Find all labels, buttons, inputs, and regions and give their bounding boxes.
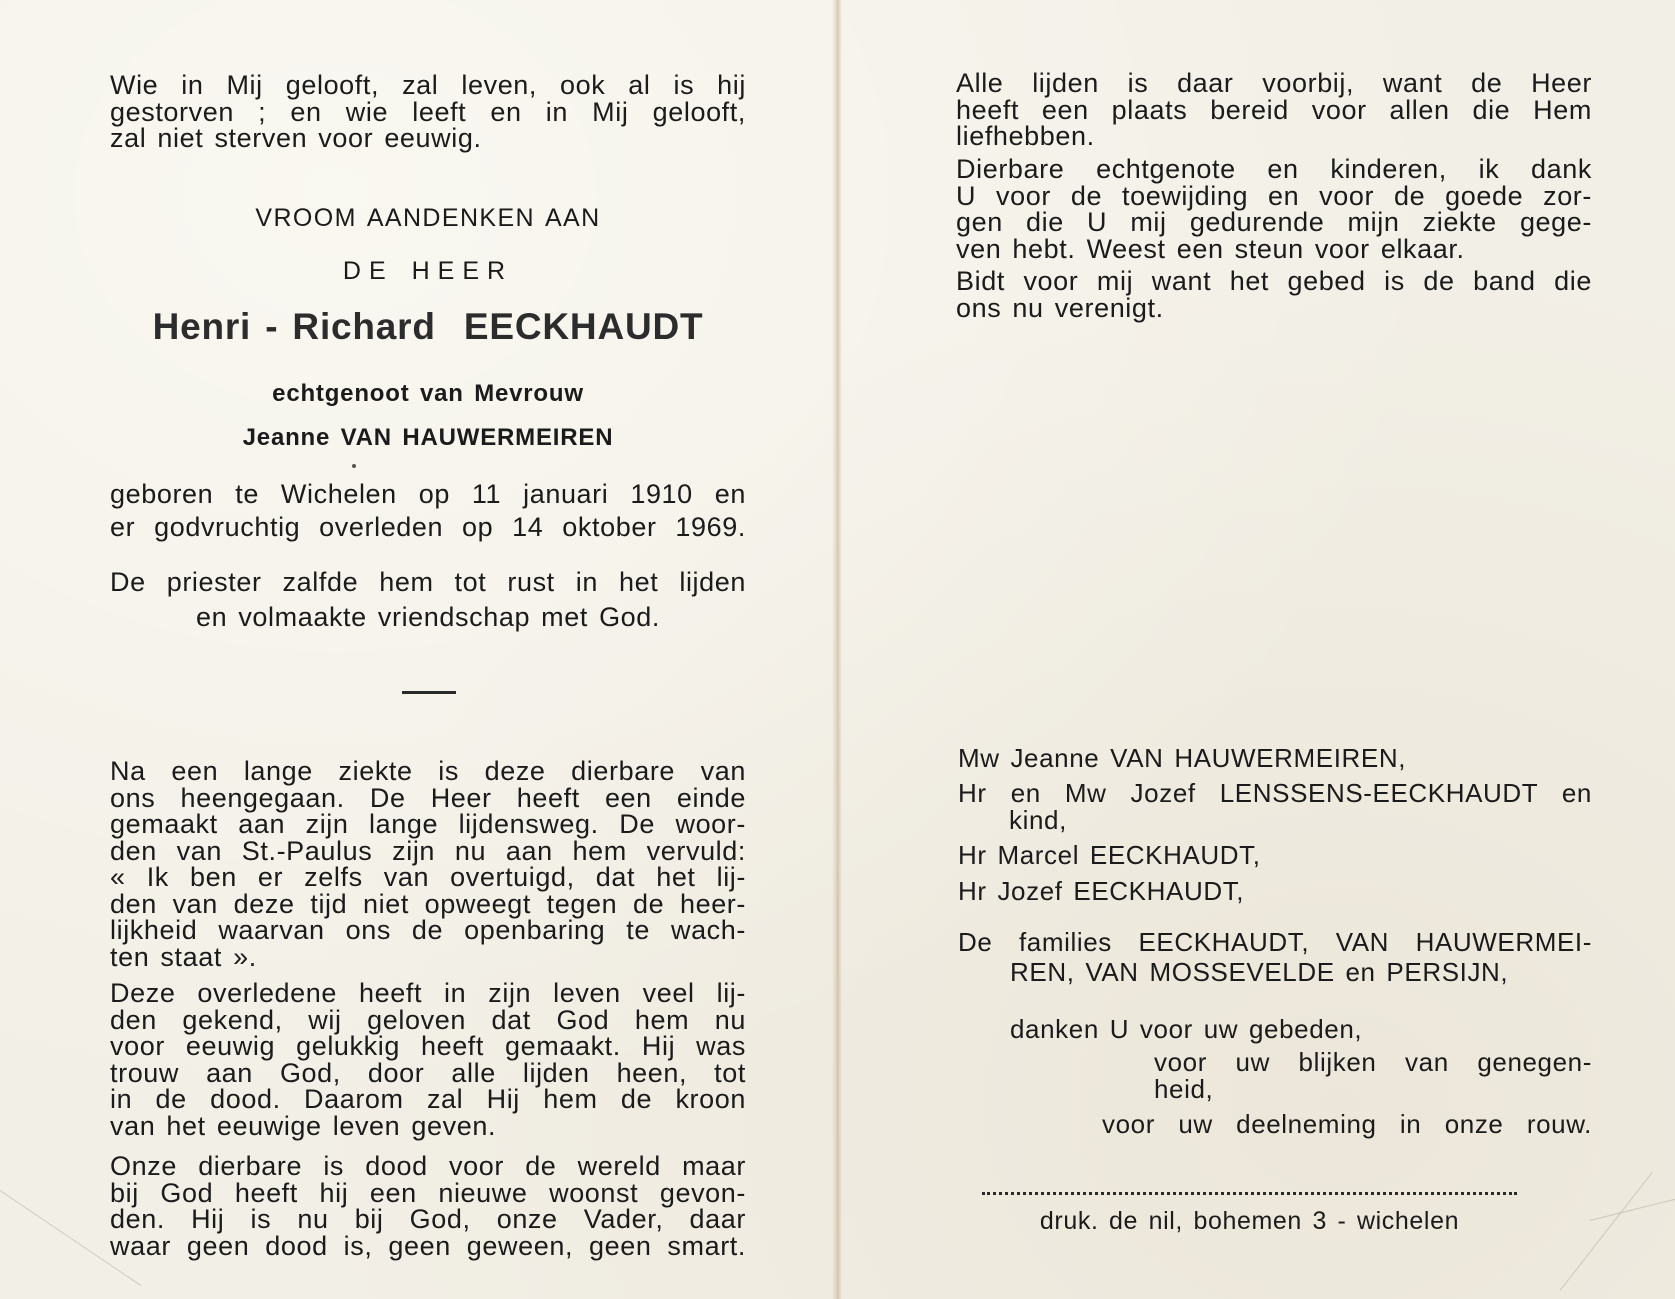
- text-line: in de dood. Daarom zal Hij hem de kroon: [110, 1086, 746, 1113]
- family-member-widow: Mw Jeanne VAN HAUWERMEIREN,: [958, 745, 1406, 772]
- title-heading: DE HEER: [110, 258, 746, 285]
- text-line: Onze dierbare is dood voor de wereld maa…: [110, 1153, 746, 1180]
- family-member-daughter: Hr en Mw Jozef LENSSENS-EECKHAUDT en: [958, 780, 1592, 807]
- scripture-quote: Wie in Mij gelooft, zal leven, ook al is…: [110, 72, 746, 152]
- text-line: liefhebben.: [956, 123, 1592, 150]
- text-line: Deze overledene heeft in zijn leven veel…: [110, 980, 746, 1007]
- thanks-affection-cont: heid,: [1154, 1076, 1213, 1103]
- paragraph-gratitude-family: Dierbare echtgenote en kinderen, ik dank…: [956, 156, 1592, 262]
- family-member-son-marcel: Hr Marcel EECKHAUDT,: [958, 842, 1261, 869]
- memorial-heading: VROOM AANDENKEN AAN: [110, 205, 746, 232]
- text-line: ten staat ».: [110, 944, 746, 971]
- printer-imprint: druk. de nil, bohemen 3 - wichelen: [982, 1208, 1517, 1235]
- paragraph-new-home: Onze dierbare is dood voor de wereld maa…: [110, 1153, 746, 1259]
- quote-line: zal niet sterven voor eeuwig.: [110, 125, 746, 152]
- priest-line: en volmaakte vriendschap met God.: [110, 600, 746, 635]
- spouse-name: Jeanne VAN HAUWERMEIREN: [110, 425, 746, 452]
- birth-line: geboren te Wichelen op 11 januari 1910 e…: [110, 478, 746, 511]
- priest-line: De priester zalfde hem tot rust in het l…: [110, 565, 746, 600]
- text-line: Bidt voor mij want het gebed is de band …: [956, 268, 1592, 295]
- text-line: heeft een plaats bereid voor allen die H…: [956, 97, 1592, 124]
- center-fold: [832, 0, 842, 1299]
- thanks-condolences: voor uw deelneming in onze rouw.: [1102, 1111, 1592, 1138]
- thanks-affection: voor uw blijken van genegen-: [1154, 1049, 1592, 1076]
- memorial-card: Wie in Mij gelooft, zal leven, ook al is…: [0, 0, 1675, 1299]
- text-line: ven hebt. Weest een steun voor elkaar.: [956, 236, 1592, 263]
- deceased-name: Henri - Richard EECKHAUDT: [110, 314, 746, 341]
- text-line: voor eeuwig gelukkig heeft gemaakt. Hij …: [110, 1033, 746, 1060]
- text-line: gen die U mij gedurende mijn ziekte gege…: [956, 209, 1592, 236]
- text-line: Na een lange ziekte is deze dierbare van: [110, 758, 746, 785]
- quote-line: Wie in Mij gelooft, zal leven, ook al is…: [110, 72, 746, 99]
- right-page: Alle lijden is daar voorbij, want de Hee…: [842, 0, 1675, 1299]
- paragraph-illness: Na een lange ziekte is deze dierbare van…: [110, 758, 746, 970]
- birth-death-info: geboren te Wichelen op 11 januari 1910 e…: [110, 478, 746, 544]
- left-page: Wie in Mij gelooft, zal leven, ook al is…: [0, 0, 832, 1299]
- text-line: « Ik ben er zelfs van overtuigd, dat het…: [110, 864, 746, 891]
- text-line: U voor de toewijding en voor de goede zo…: [956, 183, 1592, 210]
- family-member-daughter-cont: kind,: [1009, 807, 1067, 834]
- text-line: den gekend, wij geloven dat God hem nu: [110, 1007, 746, 1034]
- paragraph-suffering-over: Alle lijden is daar voorbij, want de Hee…: [956, 70, 1592, 150]
- section-divider: [402, 691, 456, 694]
- text-line: Alle lijden is daar voorbij, want de Hee…: [956, 70, 1592, 97]
- dotted-separator: [982, 1192, 1517, 1195]
- text-line: den van deze tijd niet opweegt tegen de …: [110, 891, 746, 918]
- text-line: gemaakt aan zijn lange lijdensweg. De wo…: [110, 811, 746, 838]
- text-line: ons heengegaan. De Heer heeft een einde: [110, 785, 746, 812]
- families-list-cont: REN, VAN MOSSEVELDE en PERSIJN,: [1010, 959, 1508, 986]
- text-line: ons nu verenigt.: [956, 295, 1592, 322]
- priest-text: De priester zalfde hem tot rust in het l…: [110, 565, 746, 635]
- family-member-son-jozef: Hr Jozef EECKHAUDT,: [958, 878, 1244, 905]
- text-line: Dierbare echtgenote en kinderen, ik dank: [956, 156, 1592, 183]
- families-list: De families EECKHAUDT, VAN HAUWERMEI-: [958, 929, 1592, 956]
- ornament-dot: [352, 464, 356, 468]
- text-line: trouw aan God, door alle lijden heen, to…: [110, 1060, 746, 1087]
- spouse-intro: echtgenoot van Mevrouw: [110, 381, 746, 408]
- text-line: lijkheid waarvan ons de openbaring te wa…: [110, 917, 746, 944]
- text-line: van het eeuwige leven geven.: [110, 1113, 746, 1140]
- thanks-prayers: danken U voor uw gebeden,: [1010, 1016, 1362, 1043]
- text-line: waar geen dood is, geen geween, geen sma…: [110, 1233, 746, 1260]
- text-line: den van St.-Paulus zijn nu aan hem vervu…: [110, 838, 746, 865]
- paragraph-prayer: Bidt voor mij want het gebed is de band …: [956, 268, 1592, 321]
- paragraph-faith: Deze overledene heeft in zijn leven veel…: [110, 980, 746, 1139]
- text-line: bij God heeft hij een nieuwe woonst gevo…: [110, 1180, 746, 1207]
- death-line: er godvruchtig overleden op 14 oktober 1…: [110, 511, 746, 544]
- quote-line: gestorven ; en wie leeft en in Mij geloo…: [110, 99, 746, 126]
- text-line: den. Hij is nu bij God, onze Vader, daar: [110, 1206, 746, 1233]
